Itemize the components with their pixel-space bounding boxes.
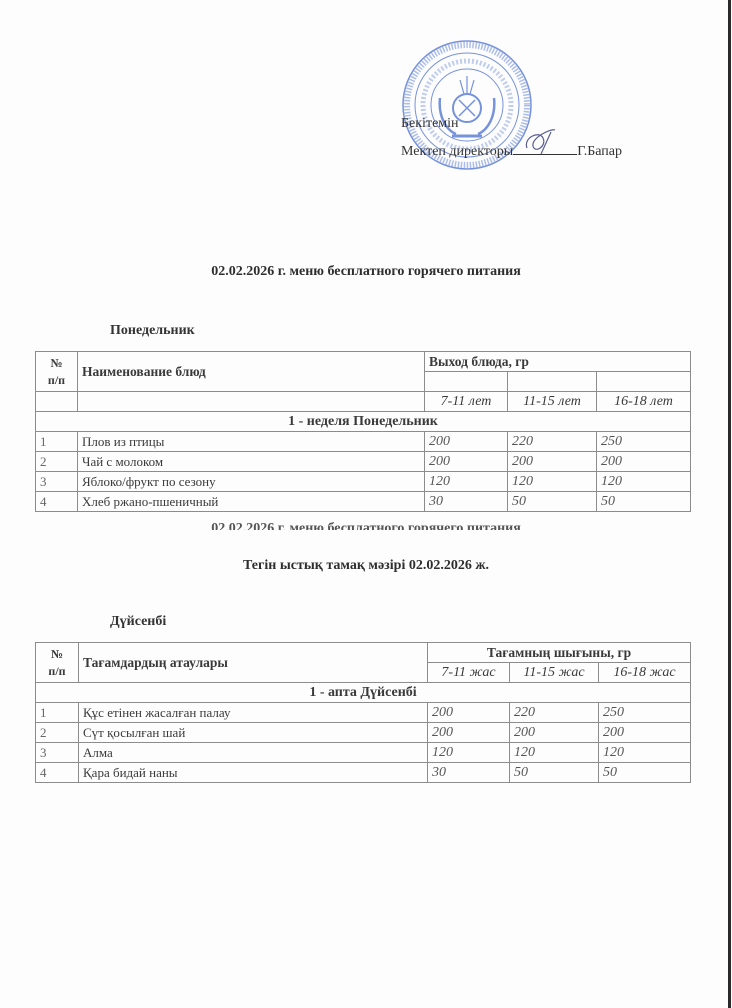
age-group: 16-18 жас [599,663,691,683]
table-header-row: №п/п Наименование блюд Выход блюда, гр [36,352,691,372]
col-num-header: №п/п [36,352,78,392]
table-header-row: №п/п Тағамдардың атаулары Тағамның шығын… [36,643,691,663]
position-label: Мектеп директоры [401,144,513,159]
table-row: 2 Сүт қосылған шай 200 200 200 [36,723,691,743]
dish-name: Алма [79,743,428,763]
dish-name: Сүт қосылған шай [79,723,428,743]
kazakh-menu-table: №п/п Тағамдардың атаулары Тағамның шығын… [35,642,691,783]
clipped-title-line: 02.02.2026 г. меню бесплатного горячего … [0,522,732,530]
age-group: 7-11 лет [425,392,508,412]
dish-name: Яблоко/фрукт по сезону [78,472,425,492]
russian-menu-table: №п/п Наименование блюд Выход блюда, гр 7… [35,351,691,512]
kazakh-day-label: Дүйсенбі [110,614,166,630]
table-row: 4 Қара бидай наны 30 50 50 [36,763,691,783]
dish-name: Қара бидай наны [79,763,428,783]
age-group: 16-18 лет [597,392,691,412]
col-name-header: Наименование блюд [78,352,425,392]
week-label: 1 - апта Дүйсенбі [36,683,691,703]
table-row: 2 Чай с молоком 200 200 200 [36,452,691,472]
age-group: 7-11 жас [428,663,510,683]
week-row: 1 - неделя Понедельник [36,412,691,432]
dish-name: Құс етінен жасалған палау [79,703,428,723]
table-row: 1 Плов из птицы 200 220 250 [36,432,691,452]
age-group: 11-15 лет [508,392,597,412]
week-row: 1 - апта Дүйсенбі [36,683,691,703]
signature-icon [521,126,565,156]
age-groups-row: 7-11 лет 11-15 лет 16-18 лет [36,392,691,412]
scan-edge-line [728,0,731,1008]
signatory-name: Г.Бапар [577,144,622,159]
dish-name: Хлеб ржано-пшеничный [78,492,425,512]
kazakh-menu-title: Тегін ыстық тамақ мәзірі 02.02.2026 ж. [0,558,732,574]
col-group-header: Тағамның шығыны, гр [428,643,691,663]
table-row: 4 Хлеб ржано-пшеничный 30 50 50 [36,492,691,512]
table-row: 3 Яблоко/фрукт по сезону 120 120 120 [36,472,691,492]
table-row: 1 Құс етінен жасалған палау 200 220 250 [36,703,691,723]
dish-name: Плов из птицы [78,432,425,452]
table-row: 3 Алма 120 120 120 [36,743,691,763]
approved-label: Бекітемін [401,115,622,132]
dish-name: Чай с молоком [78,452,425,472]
signature-line [513,142,577,155]
col-name-header: Тағамдардың атаулары [79,643,428,683]
week-label: 1 - неделя Понедельник [36,412,691,432]
approval-block: Бекітемін Мектеп директорыГ.Бапар [401,115,622,160]
col-group-header: Выход блюда, гр [425,352,691,372]
russian-day-label: Понедельник [110,323,195,339]
age-group: 11-15 жас [510,663,599,683]
col-num-header: №п/п [36,643,79,683]
russian-menu-title: 02.02.2026 г. меню бесплатного горячего … [0,264,732,280]
